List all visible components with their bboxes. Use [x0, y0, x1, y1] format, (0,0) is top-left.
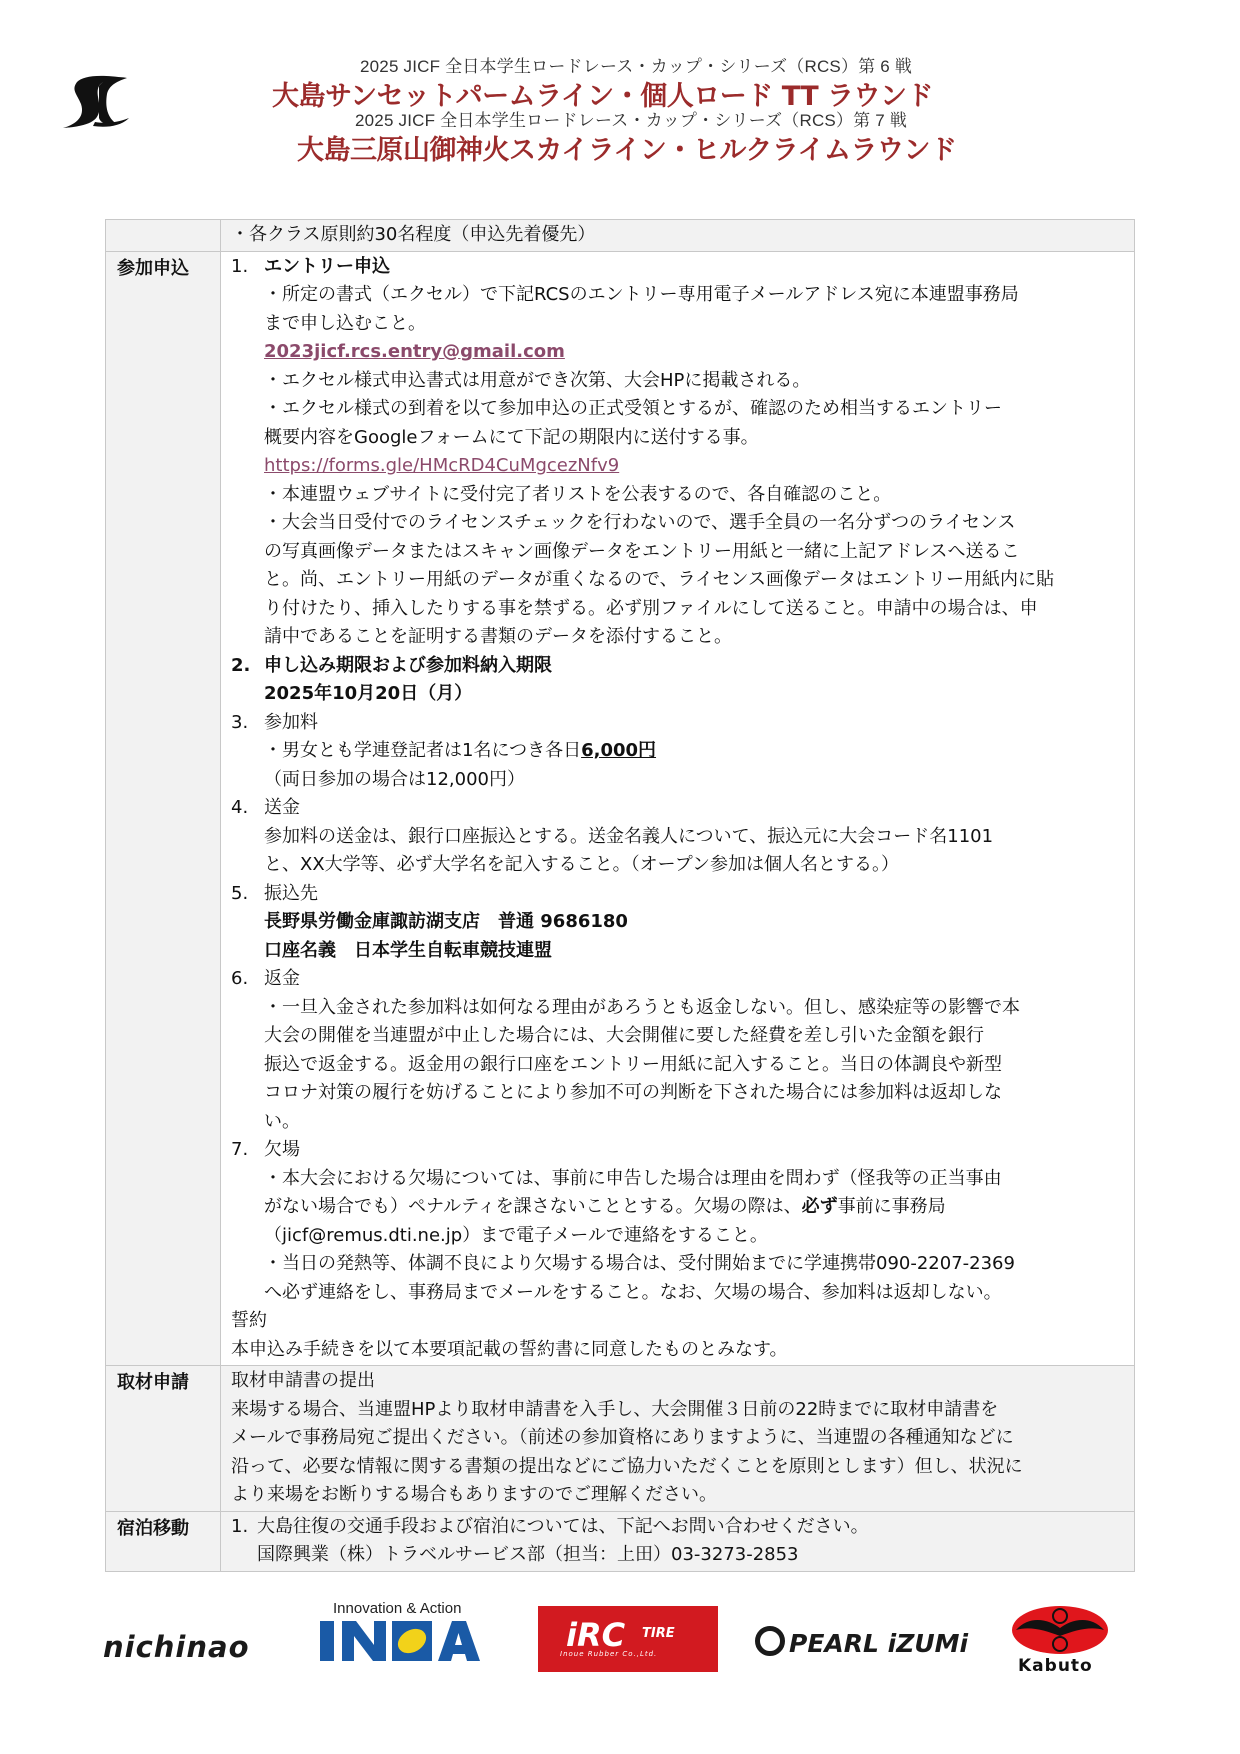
table-row-lodging: 宿泊移動 1.大島往復の交通手段および宿泊については、下記へお問い合わせください… [106, 1511, 1134, 1571]
text-line: ・本連盟ウェブサイトに受付完了者リストを公表するので、各自確認のこと。 [231, 481, 1124, 510]
deadline-date: 2025年10月20日（月） [231, 680, 1124, 709]
section-remittance-heading: 4.送金 [231, 794, 1124, 823]
lodging-contact: 国際興業（株）トラベルサービス部（担当：上田）03-3273-2853 [231, 1541, 1124, 1570]
section-deadline-heading: 2.申し込み期限および参加料納入期限 [231, 652, 1124, 681]
text-line: 沿って、必要な情報に関する書類の提出などにご協力いただくことを原則とします）但し… [231, 1453, 1124, 1482]
text-line: ・所定の書式（エクセル）で下記RCSのエントリー専用電子メールアドレス宛に本連盟… [231, 281, 1124, 310]
document-header: 2025 JICF 全日本学生ロードレース・カップ・シリーズ（RCS）第 6 戦… [0, 0, 1240, 190]
text-line: 参加料の送金は、銀行口座振込とする。送金名義人について、振込元に大会コード名11… [231, 823, 1124, 852]
text-line: 振込で返金する。返金用の銀行口座をエントリー用紙に記入すること。当日の体調良や新… [231, 1051, 1124, 1080]
pledge-heading: 誓約 [231, 1307, 1124, 1336]
text-line: の写真画像データまたはスキャン画像データをエントリー用紙と一緒に上記アドレスへ送… [231, 538, 1124, 567]
row-label [106, 220, 221, 251]
press-heading: 取材申請書の提出 [231, 1367, 1124, 1396]
text-line: 請中であることを証明する書類のデータを添付すること。 [231, 623, 1124, 652]
inoac-tagline: Innovation & Action [333, 1600, 461, 1617]
text-line: がない場合でも）ペナルティを課さないこととする。欠場の際は、必ず事前に事務局 [231, 1193, 1124, 1222]
inoac-logo [320, 1621, 492, 1661]
text-line: ・一旦入金された参加料は如何なる理由があろうとも返金しない。但し、感染症等の影響… [231, 994, 1124, 1023]
row-content-lodging: 1.大島往復の交通手段および宿泊については、下記へお問い合わせください。 国際興… [221, 1512, 1134, 1571]
text-line: （jicf@remus.dti.ne.jp）まで電子メールで連絡をすること。 [231, 1222, 1124, 1251]
sl-logo-icon [55, 72, 135, 130]
kabuto-logo: Kabuto [1010, 1604, 1110, 1684]
pearl-izumi-mark-icon [755, 1626, 785, 1656]
section-refund-heading: 6.返金 [231, 965, 1124, 994]
pearl-izumi-logo: PEARL iZUMi [755, 1626, 968, 1658]
row-label-press: 取材申請 [106, 1366, 221, 1511]
text-line: ・エクセル様式申込書式は用意ができ次第、大会HPに掲載される。 [231, 367, 1124, 396]
text-line: 大会の開催を当連盟が中止した場合には、大会開催に要した経費を差し引いた金額を銀行 [231, 1022, 1124, 1051]
row-content: ・各クラス原則約30名程度（申込先着優先） [221, 220, 1134, 251]
section-absence-heading: 7.欠場 [231, 1136, 1124, 1165]
bank-account: 長野県労働金庫諏訪湖支店 普通 9686180 [231, 908, 1124, 937]
table-row-press: 取材申請 取材申請書の提出 来場する場合、当連盟HPより取材申請書を入手し、大会… [106, 1365, 1134, 1511]
round7-title: 大島三原山御神火スカイライン・ヒルクライムラウンド [297, 128, 957, 167]
kabuto-emblem-icon [1010, 1604, 1110, 1656]
irc-tire-logo: iRC TIRE Inoue Rubber Co.,Ltd. [538, 1606, 718, 1672]
text-line: と。尚、エントリー用紙のデータが重くなるので、ライセンス画像データはエントリー用… [231, 566, 1124, 595]
text-line: メールで事務局宛ご提出ください。（前述の参加資格にありますように、当連盟の各種通… [231, 1424, 1124, 1453]
sponsor-logos: nichinao Innovation & Action iRC TIRE In… [0, 1590, 1240, 1690]
text-line: い。 [231, 1108, 1124, 1137]
text-line: ・大会当日受付でのライセンスチェックを行わないので、選手全員の一名分ずつのライセ… [231, 509, 1124, 538]
table-row-capacity: ・各クラス原則約30名程度（申込先着優先） [106, 220, 1134, 251]
fee-line: ・男女とも学連登記者は1名につき各日6,000円 [231, 737, 1124, 766]
section-fee-heading: 3.参加料 [231, 709, 1124, 738]
section-bank-heading: 5.振込先 [231, 880, 1124, 909]
text-line: と、XX大学等、必ず大学名を記入すること。（オープン参加は個人名とする。） [231, 851, 1124, 880]
info-table: ・各クラス原則約30名程度（申込先着優先） 参加申込 1.エントリー申込 ・所定… [105, 219, 1135, 1572]
text-line: （両日参加の場合は12,000円） [231, 766, 1124, 795]
lodging-line: 1.大島往復の交通手段および宿泊については、下記へお問い合わせください。 [231, 1513, 1124, 1542]
nichinao-logo: nichinao [103, 1630, 250, 1664]
account-holder: 口座名義 日本学生自転車競技連盟 [231, 937, 1124, 966]
text-line: コロナ対策の履行を妨げることにより参加不可の判断を下された場合には参加料は返却し… [231, 1079, 1124, 1108]
google-form-link[interactable]: https://forms.gle/HMcRD4CuMgcezNfv9 [264, 455, 619, 476]
row-label-lodging: 宿泊移動 [106, 1512, 221, 1571]
text-line: 来場する場合、当連盟HPより取材申請書を入手し、大会開催３日前の22時までに取材… [231, 1396, 1124, 1425]
pledge-text: 本申込み手続きを以て本要項記載の誓約書に同意したものとみなす。 [231, 1336, 1124, 1365]
text-line: ・エクセル様式の到着を以て参加申込の正式受領とするが、確認のため相当するエントリ… [231, 395, 1124, 424]
text-line: ・当日の発熱等、体調不良により欠場する場合は、受付開始までに学連携帯090-22… [231, 1250, 1124, 1279]
text-line: 概要内容をGoogleフォームにて下記の期限内に送付する事。 [231, 424, 1124, 453]
table-row-entry: 参加申込 1.エントリー申込 ・所定の書式（エクセル）で下記RCSのエントリー専… [106, 251, 1134, 1366]
row-content-entry: 1.エントリー申込 ・所定の書式（エクセル）で下記RCSのエントリー専用電子メー… [221, 252, 1134, 1366]
text-line: ・本大会における欠場については、事前に申告した場合は理由を問わず（怪我等の正当事… [231, 1165, 1124, 1194]
capacity-text: ・各クラス原則約30名程度（申込先着優先） [231, 221, 1124, 250]
text-line: より来場をお断りする場合もありますのでご理解ください。 [231, 1481, 1124, 1510]
text-line: まで申し込むこと。 [231, 310, 1124, 339]
row-content-press: 取材申請書の提出 来場する場合、当連盟HPより取材申請書を入手し、大会開催３日前… [221, 1366, 1134, 1511]
text-line: り付けたり、挿入したりする事を禁ずる。必ず別ファイルにして送ること。申請中の場合… [231, 595, 1124, 624]
row-label-entry: 参加申込 [106, 252, 221, 1366]
fee-amount: 6,000円 [581, 740, 656, 761]
section-entry-heading: 1.エントリー申込 [231, 253, 1124, 282]
text-line: へ必ず連絡をし、事務局までメールをすること。なお、欠場の場合、参加料は返却しない… [231, 1279, 1124, 1308]
entry-email-link[interactable]: 2023jicf.rcs.entry@gmail.com [264, 341, 565, 362]
